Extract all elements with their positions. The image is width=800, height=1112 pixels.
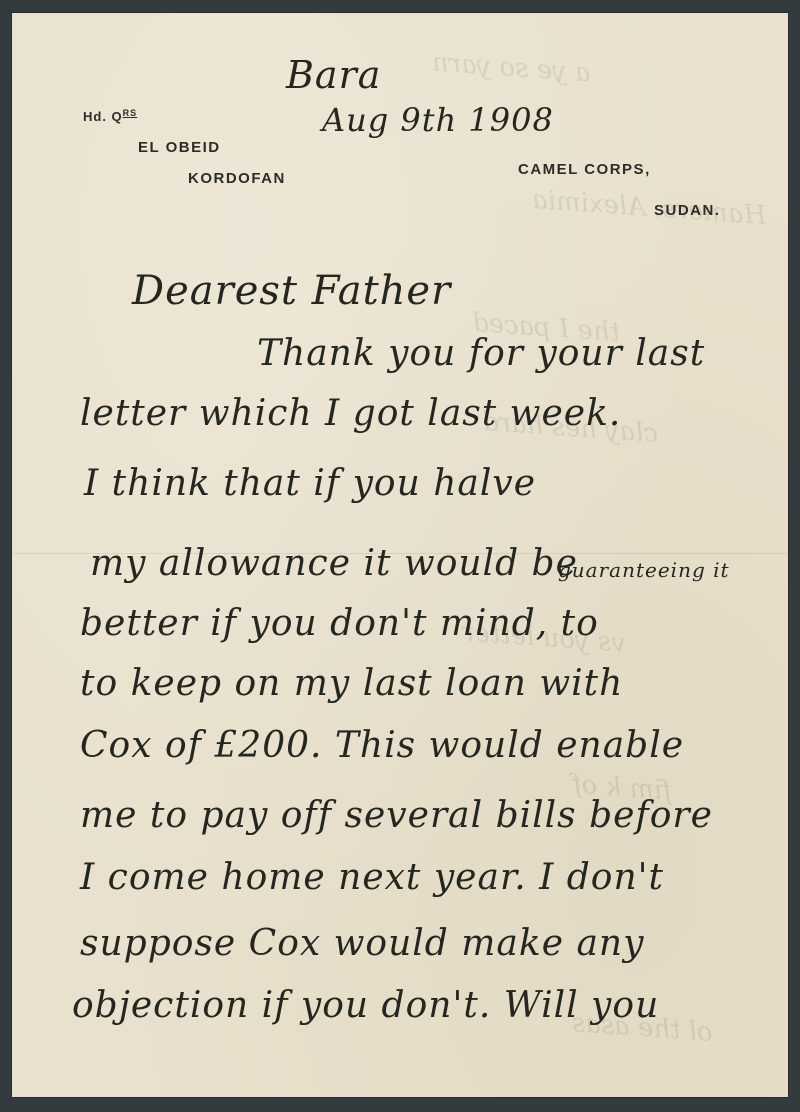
letter-page: a ye so yarn Hamers. Aleximia the I pace…: [12, 13, 788, 1097]
hd-qrs-text: Hd. Q: [83, 109, 123, 124]
bleed-through-text: Hamers. Aleximia: [531, 185, 767, 231]
letterhead-el-obeid: EL OBEID: [138, 139, 221, 156]
letter-line: I think that if you halve: [84, 463, 536, 504]
letterhead-kordofan: KORDOFAN: [188, 170, 286, 187]
letter-line: objection if you don't. Will you: [72, 985, 659, 1026]
letter-line: my allowance it would be: [90, 543, 578, 584]
letter-line: letter which I got last week.: [80, 393, 621, 434]
handwritten-place: Bara: [286, 53, 381, 97]
letter-line: suppose Cox would make any: [80, 923, 644, 964]
letterhead-camel-corps: CAMEL CORPS,: [518, 161, 651, 178]
letterhead-sudan: SUDAN.: [654, 202, 721, 219]
handwritten-date: Aug 9th 1908: [322, 101, 554, 139]
letter-line: to keep on my last loan with: [80, 663, 623, 704]
letter-line: Thank you for your last: [257, 333, 705, 374]
letterhead-hd-qrs: Hd. QRS: [83, 108, 137, 124]
salutation: Dearest Father: [132, 268, 451, 314]
letter-line: me to pay off several bills before: [80, 795, 713, 836]
interlinear-insert: guaranteeing it: [558, 558, 730, 582]
letter-line: I come home next year. I don't: [80, 857, 664, 898]
letter-line: Cox of £200. This would enable: [80, 725, 684, 766]
hd-qrs-superscript: RS: [123, 108, 138, 118]
letter-line: better if you don't mind, to: [80, 603, 599, 644]
bleed-through-text: a ye so yarn: [431, 48, 591, 89]
